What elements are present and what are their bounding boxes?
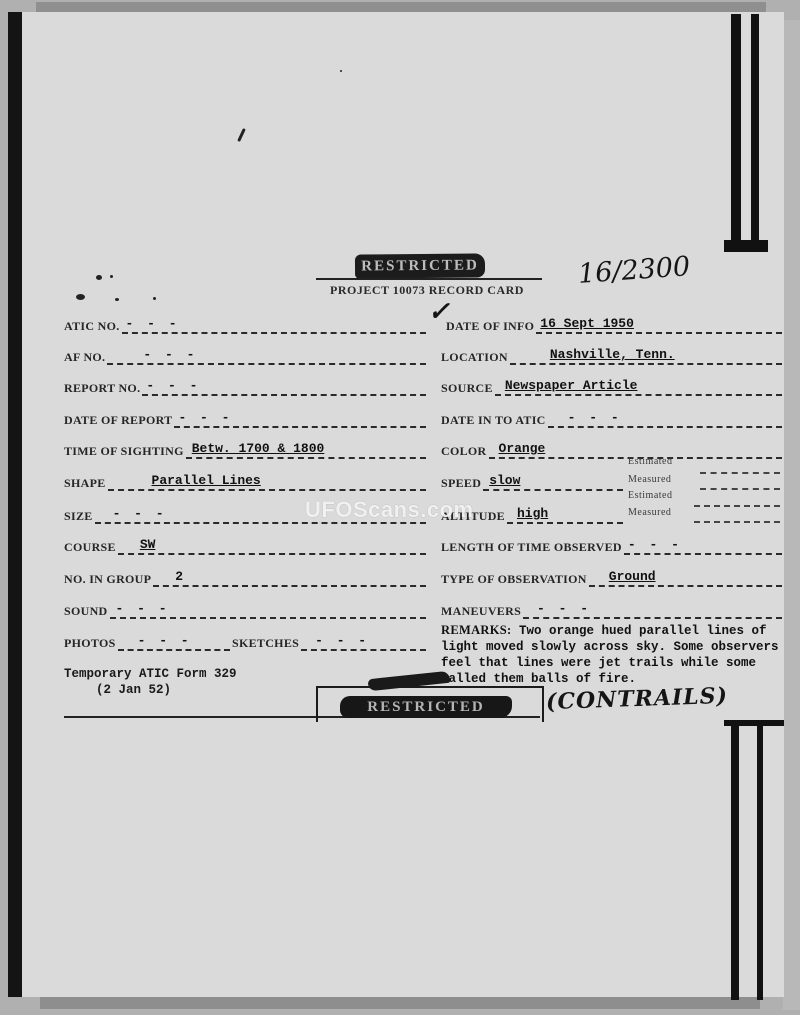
field-label: PHOTOS (64, 636, 116, 651)
field-speed: SPEED slow (441, 473, 623, 491)
field-label: LENGTH OF TIME OBSERVED (441, 540, 622, 555)
field-label: ATIC NO. (64, 319, 120, 334)
field-label: NO. IN GROUP (64, 572, 151, 587)
field-label: DATE IN TO ATIC (441, 413, 546, 428)
field-photos: PHOTOS - - - (64, 633, 230, 651)
restricted-stamp-bottom: RESTRICTED (340, 696, 512, 718)
field-value: Newspaper Article (505, 378, 638, 393)
field-label: REPORT NO. (64, 381, 140, 396)
scan-edge-top (36, 2, 766, 12)
speck (76, 294, 85, 300)
speed-estimated-label: Estimated (628, 456, 673, 467)
watermark: UFOScans.com (305, 497, 474, 523)
field-label: TIME OF SIGHTING (64, 444, 184, 459)
remarks-block: REMARKS: Two orange hued parallel lines … (441, 622, 781, 687)
field-value: Ground (609, 569, 656, 584)
binder-mark-bottom-left-bar (731, 722, 739, 1000)
field-length-of-time-observed: LENGTH OF TIME OBSERVED - - - (441, 537, 782, 555)
field-value: - - - (143, 347, 197, 362)
altitude-estimated-label: Estimated (628, 490, 673, 501)
field-af-no: AF NO. - - - (64, 347, 426, 365)
field-source: SOURCE Newspaper Article (441, 378, 782, 396)
field-label: SKETCHES (232, 636, 299, 651)
field-value: slow (489, 473, 520, 488)
speck (153, 297, 156, 300)
altitude-measured-label: Measured (628, 507, 671, 518)
field-value: - - - (113, 506, 167, 521)
remarks-label: REMARKS: (441, 623, 511, 637)
form-number: Temporary ATIC Form 329 (64, 666, 237, 682)
title-rule (316, 278, 542, 280)
field-label: SOURCE (441, 381, 493, 396)
field-label: TYPE OF OBSERVATION (441, 572, 587, 587)
field-value: - - - (138, 633, 192, 648)
speed-measured-line (700, 488, 780, 490)
speck (115, 298, 119, 301)
field-type-of-observation: TYPE OF OBSERVATION Ground (441, 569, 782, 587)
field-date-of-report: DATE OF REPORT - - - (64, 410, 426, 428)
field-no-in-group: NO. IN GROUP 2 (64, 569, 426, 587)
form-date: (2 Jan 52) (64, 682, 237, 698)
field-value: - - - (568, 410, 622, 425)
field-time-of-sighting: TIME OF SIGHTING Betw. 1700 & 1800 (64, 441, 426, 459)
field-value: Parallel Lines (152, 473, 261, 488)
field-value: 16 Sept 1950 (540, 316, 634, 331)
scan-edge-right (783, 20, 800, 1010)
speed-estimated-line (700, 472, 780, 474)
field-location: LOCATION Nashville, Tenn. (441, 347, 782, 365)
field-sketches: SKETCHES - - - (232, 633, 426, 651)
field-shape: SHAPE Parallel Lines (64, 473, 426, 491)
speck (110, 275, 113, 278)
field-course: COURSE SW (64, 537, 426, 555)
field-label: COLOR (441, 444, 487, 459)
restricted-stamp-top: RESTRICTED (355, 253, 485, 278)
altitude-estimated-line (694, 505, 780, 507)
field-label: DATE OF REPORT (64, 413, 172, 428)
field-label: SIZE (64, 509, 93, 524)
field-label: SPEED (441, 476, 481, 491)
binder-mark-top-right-bar (751, 14, 759, 250)
field-value: - - - (178, 410, 232, 425)
field-value: - - - (126, 316, 180, 331)
field-label: SHAPE (64, 476, 106, 491)
field-value: 2 (175, 569, 183, 584)
field-label: DATE OF INFO (446, 319, 534, 334)
speed-measured-label: Measured (628, 474, 671, 485)
field-value: - - - (116, 601, 170, 616)
binder-mark-top-base (724, 240, 768, 252)
scan-edge-bottom (40, 997, 760, 1009)
field-atic-no: ATIC NO. - - - (64, 316, 426, 334)
field-label: COURSE (64, 540, 116, 555)
field-value: - - - (146, 378, 200, 393)
field-date-in-to-atic: DATE IN TO ATIC - - - (441, 410, 782, 428)
field-label: LOCATION (441, 350, 508, 365)
field-value: - - - (628, 537, 682, 552)
speck (340, 70, 342, 72)
form-identifier: Temporary ATIC Form 329 (2 Jan 52) (64, 666, 237, 698)
speck (96, 275, 102, 280)
field-value: high (517, 506, 548, 521)
field-maneuvers: MANEUVERS - - - (441, 601, 782, 619)
field-label: SOUND (64, 604, 108, 619)
field-value: Orange (499, 441, 546, 456)
field-value: SW (140, 537, 156, 552)
field-date-of-info: DATE OF INFO 16 Sept 1950 (446, 316, 782, 334)
field-color: COLOR Orange (441, 441, 782, 459)
field-label: MANEUVERS (441, 604, 521, 619)
field-sound: SOUND - - - (64, 601, 426, 619)
field-label: AF NO. (64, 350, 105, 365)
field-value: - - - (537, 601, 591, 616)
card-title: PROJECT 10073 RECORD CARD (330, 283, 524, 298)
field-report-no: REPORT NO. - - - (64, 378, 426, 396)
field-value: - - - (315, 633, 369, 648)
field-value: Nashville, Tenn. (550, 347, 675, 362)
binder-mark-top-left-bar (731, 14, 741, 250)
altitude-measured-line (694, 521, 780, 523)
field-value: Betw. 1700 & 1800 (192, 441, 325, 456)
binder-mark-bottom-right-bar (757, 722, 763, 1000)
